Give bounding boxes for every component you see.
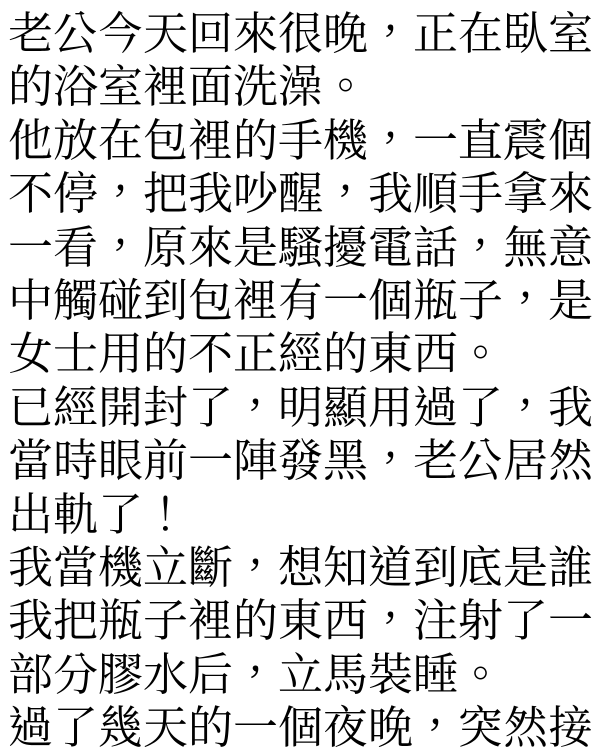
text-line: 中觸碰到包裡有一個瓶子，是 bbox=[8, 274, 596, 327]
text-line: 老公今天回來很晚，正在臥室 bbox=[8, 7, 596, 60]
text-line: 一看，原來是騷擾電話，無意 bbox=[8, 221, 596, 274]
text-line: 我當機立斷，想知道到底是誰 bbox=[8, 541, 596, 594]
text-line: 部分膠水后，立馬裝睡。 bbox=[8, 648, 596, 701]
reader-page: 老公今天回來很晚，正在臥室 的浴室裡面洗澡。 他放在包裡的手機，一直震個 不停，… bbox=[0, 0, 600, 750]
text-line: 出軌了！ bbox=[8, 488, 596, 541]
text-line: 女士用的不正經的東西。 bbox=[8, 327, 596, 380]
text-line: 當時眼前一陣發黑，老公居然 bbox=[8, 434, 596, 487]
text-line: 的浴室裡面洗澡。 bbox=[8, 60, 596, 113]
text-line: 我把瓶子裡的東西，注射了一 bbox=[8, 594, 596, 647]
text-line: 他放在包裡的手機，一直震個 bbox=[8, 114, 596, 167]
text-line: 過了幾天的一個夜晚，突然接 bbox=[8, 701, 596, 750]
text-line: 不停，把我吵醒，我順手拿來 bbox=[8, 167, 596, 220]
text-line: 已經開封了，明顯用過了，我 bbox=[8, 381, 596, 434]
